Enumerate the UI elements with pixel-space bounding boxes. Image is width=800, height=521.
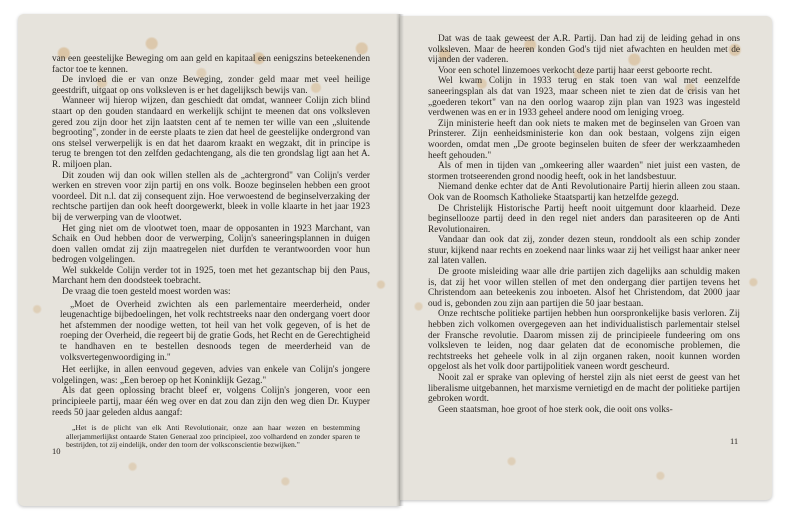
paragraph: Zijn ministerie heeft dan ook niets te m… [428, 119, 740, 161]
paragraph: Onze rechtsche politieke partijen hebben… [428, 309, 740, 373]
paragraph: Wel sukkelde Colijn verder tot in 1925, … [52, 266, 370, 287]
paragraph: Vandaar dan ook dat zij, zonder dezen st… [428, 235, 740, 267]
paragraph: van een geestelijke Beweging om aan geld… [52, 54, 370, 75]
paragraph: Nooit zal er sprake van opleving of hers… [428, 373, 740, 405]
book-gutter [396, 14, 404, 506]
left-page: van een geestelijke Beweging om aan geld… [18, 14, 400, 506]
page-number: 11 [730, 436, 738, 446]
right-page: Dat was de taak geweest der A.R. Partij.… [400, 16, 772, 500]
paragraph: Als of men in tijden van „omkeering alle… [428, 161, 740, 182]
paragraph: Geen staatsman, hoe groot of hoe sterk o… [428, 405, 740, 416]
paragraph: De Christelijk Historische Partij heeft … [428, 204, 740, 236]
paragraph: Het ging niet om de vlootwet toen, maar … [52, 224, 370, 266]
paragraph: De invloed die er van onze Beweging, zon… [52, 75, 370, 96]
paragraph: Als dat geen oplossing bracht bleef er, … [52, 386, 370, 418]
page-number: 10 [52, 446, 61, 456]
paragraph: Dat was de taak geweest der A.R. Partij.… [428, 34, 740, 66]
paragraph: Dit zouden wij dan ook willen stellen al… [52, 171, 370, 224]
paragraph: De groote misleiding waar alle drie part… [428, 267, 740, 309]
paragraph: Wanneer wij hierop wijzen, dan geschiedt… [52, 96, 370, 170]
paragraph: Voor een schotel linzemoes verkocht deze… [428, 66, 740, 77]
paragraph: Niemand denke echter dat de Anti Revolut… [428, 182, 740, 203]
paragraph: Het eerlijke, in allen eenvoud gegeven, … [52, 365, 370, 386]
quote: „Moet de Overheid zwichten als een parle… [60, 300, 370, 364]
right-page-text: Dat was de taak geweest der A.R. Partij.… [428, 34, 740, 415]
paragraph: De vraag die toen gesteld moest worden w… [52, 287, 370, 298]
kuyper-blockquote: „Het is de plicht van elk Anti Revolutio… [66, 424, 360, 450]
left-page-text: van een geestelijke Beweging om aan geld… [52, 54, 370, 450]
paragraph: Wel kwam Colijn in 1933 terug en stak to… [428, 76, 740, 118]
